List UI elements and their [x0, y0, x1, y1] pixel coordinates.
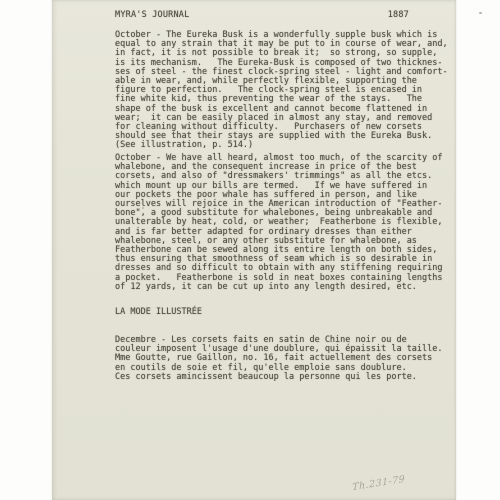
journal-year: 1887	[388, 11, 409, 20]
scanned-document: MYRA'S JOURNAL 1887 October - The Eureka…	[0, 0, 500, 500]
paragraph-october-featherbone: October - We have all heard, almost too …	[115, 154, 443, 292]
section-heading: LA MODE ILLUSTRÉE	[115, 308, 443, 317]
scan-speck	[479, 12, 482, 14]
scan-speck	[115, 43, 117, 46]
scan-speck	[149, 50, 151, 52]
section-la-mode-illustree: LA MODE ILLUSTRÉE Decembre - Les corsets…	[115, 290, 443, 400]
paragraph-october-eureka-busk: October - The Eureka Busk is a wonderful…	[115, 31, 448, 151]
paragraph-decembre-corsets: Decembre - Les corsets faits en satin de…	[115, 336, 443, 382]
scan-speck	[142, 207, 144, 209]
journal-title: MYRA'S JOURNAL	[115, 11, 189, 20]
journal-page-paper: MYRA'S JOURNAL 1887 October - The Eureka…	[52, 0, 456, 500]
page-header: MYRA'S JOURNAL 1887	[115, 11, 409, 20]
